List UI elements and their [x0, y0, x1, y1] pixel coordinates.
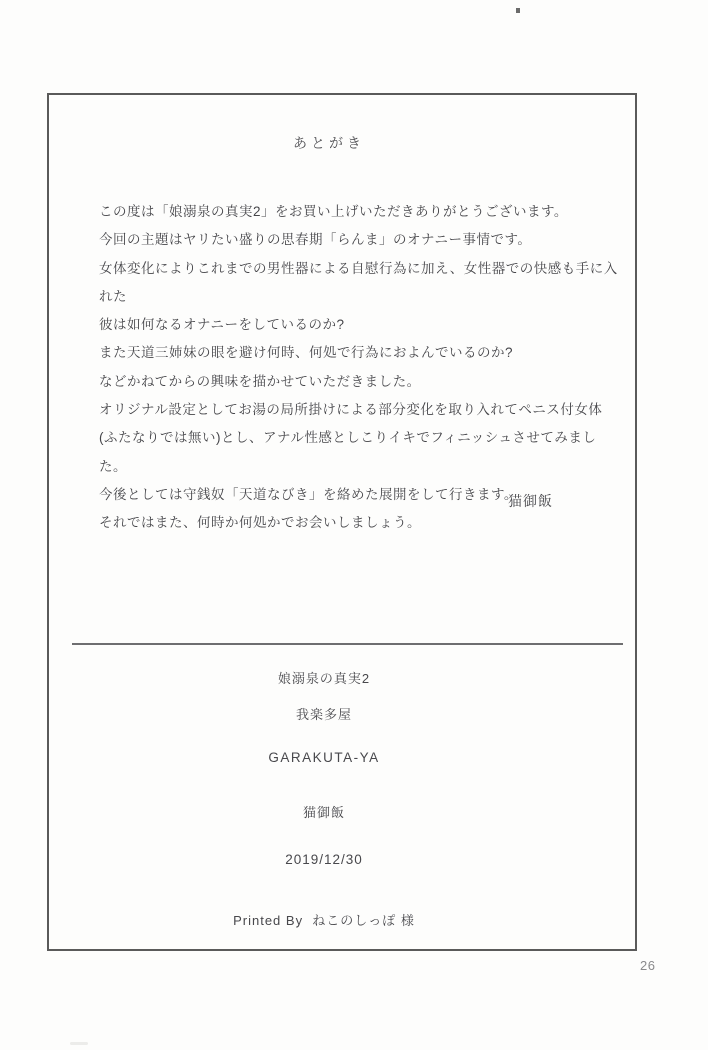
colophon-printed-by: Printed By ねこのしっぽ 様 [49, 910, 635, 929]
afterword-paragraph: この度は「娘溺泉の真実2」をお買い上げいただきありがとうございます。 今回の主題… [99, 198, 624, 538]
colophon-circle-name-roman: GARAKUTA-YA [49, 750, 635, 765]
scan-artifact-smudge [70, 1042, 88, 1045]
afterword-line: などかねてからの興味を描かせていただきました。 [99, 368, 624, 396]
afterword-line: この度は「娘溺泉の真実2」をお買い上げいただきありがとうございます。 [99, 198, 624, 226]
afterword-title: あとがき [49, 133, 635, 153]
colophon-author: 猫御飯 [49, 802, 635, 821]
colophon-date: 2019/12/30 [49, 852, 635, 867]
colophon-circle-name: 我楽多屋 [49, 704, 635, 723]
colophon-divider [72, 643, 623, 645]
afterword-line: オリジナル設定としてお湯の局所掛けによる部分変化を取り入れてペニス付女体 [99, 396, 624, 424]
colophon-book-title: 娘溺泉の真実2 [49, 668, 635, 687]
afterword-line: また天道三姉妹の眼を避け何時、何処で行為におよんでいるのか? [99, 339, 624, 367]
afterword-line: 女体変化によりこれまでの男性器による自慰行為に加え、女性器での快感も手に入れた [99, 255, 624, 312]
afterword-line: (ふたなりでは無い)とし、アナル性感としこりイキでフィニッシュさせてみました。 [99, 424, 624, 481]
afterword-frame: あとがき この度は「娘溺泉の真実2」をお買い上げいただきありがとうございます。 … [47, 93, 637, 951]
afterword-line: それではまた、何時か何処かでお会いしましょう。 [99, 509, 624, 537]
scan-artifact-dot [516, 8, 520, 13]
page-number: 26 [640, 958, 655, 973]
afterword-line: 今回の主題はヤリたい盛りの思春期「らんま」のオナニー事情です。 [99, 226, 624, 254]
author-signature: 猫御飯 [508, 491, 553, 511]
scanned-document-page: あとがき この度は「娘溺泉の真実2」をお買い上げいただきありがとうございます。 … [0, 0, 708, 1050]
afterword-line: 彼は如何なるオナニーをしているのか? [99, 311, 624, 339]
